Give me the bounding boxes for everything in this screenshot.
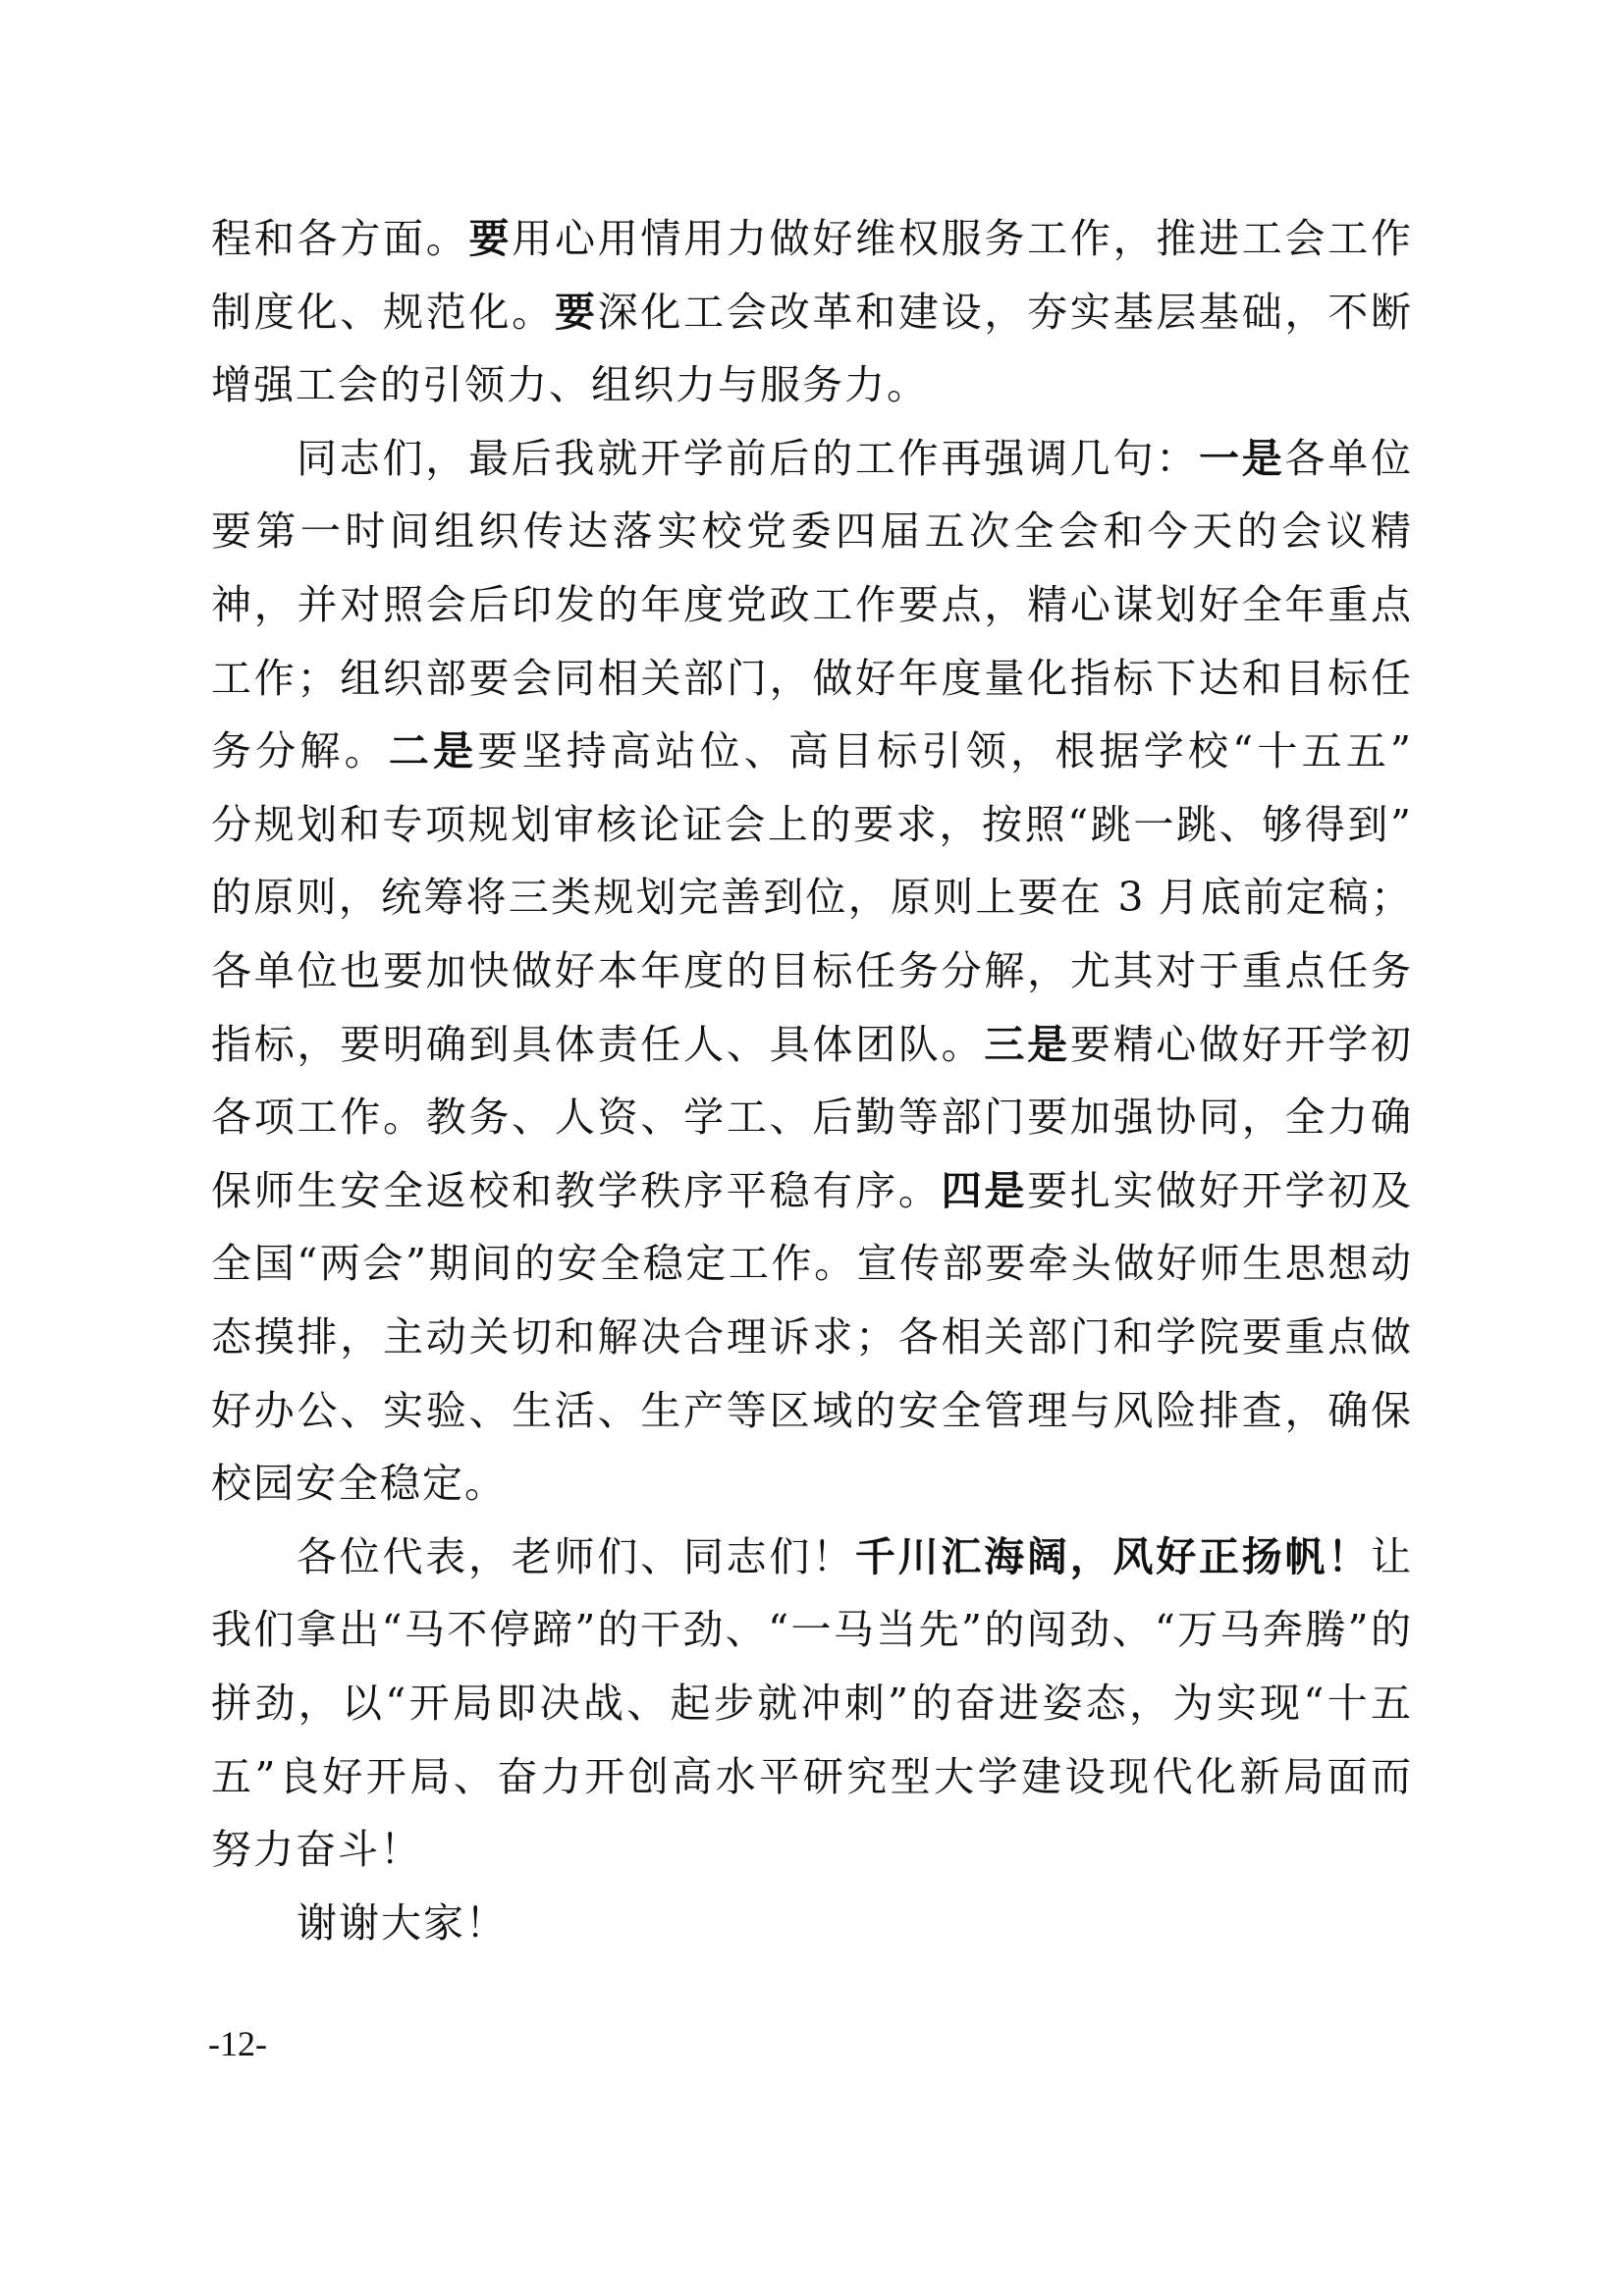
text-run: 各单位 [1285, 435, 1412, 482]
text-line: 增强工会的引领力、组织力与服务力。 [211, 357, 1411, 412]
text-line: 各位代表，老师们、同志们！千川汇海阔，风好正扬帆！让 [297, 1529, 1411, 1584]
text-run: 的原则，统筹将三类规划完善到位，原则上要在 3 月底前定稿； [211, 874, 1411, 921]
text-line: 努力奋斗！ [211, 1822, 1411, 1877]
text-run: 我们拿出“马不停蹄”的干劲、“一马当先”的闯劲、“万马奔腾”的 [211, 1606, 1411, 1653]
text-line: 程和各方面。要用心用情用力做好维权服务工作，推进工会工作 [211, 211, 1411, 266]
emphasis-text: 一是 [1199, 435, 1285, 482]
text-run: 谢谢大家！ [297, 1899, 508, 1947]
text-line: 保师生安全返校和教学秩序平稳有序。四是要扎实做好开学初及 [211, 1163, 1411, 1218]
text-line: 拼劲，以“开局即决战、起步就冲刺”的奋进姿态，为实现“十五 [211, 1676, 1411, 1731]
text-line: 要第一时间组织传达落实校党委四届五次全会和今天的会议精 [211, 504, 1411, 559]
text-run: 校园安全稳定。 [211, 1460, 507, 1507]
text-run: 五”良好开局、奋力开创高水平研究型大学建设现代化新局面而 [211, 1753, 1411, 1800]
emphasis-text: 千川汇海阔，风好正扬帆！ [855, 1533, 1371, 1580]
text-line: 务分解。二是要坚持高站位、高目标引领，根据学校“十五五” [211, 723, 1411, 778]
emphasis-text: 四是 [942, 1167, 1027, 1214]
text-run: 制度化、规范化。 [211, 289, 555, 336]
text-run: 要精心做好开学初 [1070, 1021, 1411, 1068]
text-run: 同志们，最后我就开学前后的工作再强调几句： [297, 435, 1199, 482]
text-run: 全国“两会”期间的安全稳定工作。宣传部要牵头做好师生思想动 [211, 1240, 1411, 1287]
text-line: 全国“两会”期间的安全稳定工作。宣传部要牵头做好师生思想动 [211, 1236, 1411, 1291]
page-number: -12- [208, 2022, 267, 2065]
text-line: 各项工作。教务、人资、学工、后勤等部门要加强协同，全力确 [211, 1090, 1411, 1145]
text-run: 要坚持高站位、高目标引领，根据学校“十五五” [477, 727, 1411, 774]
text-line: 五”良好开局、奋力开创高水平研究型大学建设现代化新局面而 [211, 1749, 1411, 1804]
text-run: 让 [1371, 1533, 1411, 1580]
text-run: 努力奋斗！ [211, 1826, 422, 1873]
text-run: 增强工会的引领力、组织力与服务力。 [211, 361, 929, 408]
text-run: 各项工作。教务、人资、学工、后勤等部门要加强协同，全力确 [211, 1094, 1411, 1141]
text-run: 神，并对照会后印发的年度党政工作要点，精心谋划好全年重点 [211, 581, 1411, 628]
text-run: 工作；组织部要会同相关部门，做好年度量化指标下达和目标任 [211, 655, 1411, 702]
text-run: 各单位也要加快做好本年度的目标任务分解，尤其对于重点任务 [211, 947, 1411, 994]
text-run: 要第一时间组织传达落实校党委四届五次全会和今天的会议精 [211, 507, 1411, 555]
text-run: 各位代表，老师们、同志们！ [297, 1533, 855, 1580]
text-run: 深化工会改革和建设，夯实基层基础，不断 [598, 289, 1411, 336]
text-line: 我们拿出“马不停蹄”的干劲、“一马当先”的闯劲、“万马奔腾”的 [211, 1602, 1411, 1657]
text-line: 同志们，最后我就开学前后的工作再强调几句：一是各单位 [297, 431, 1411, 486]
text-run: 好办公、实验、生活、生产等区域的安全管理与风险排查，确保 [211, 1387, 1411, 1434]
text-line: 各单位也要加快做好本年度的目标任务分解，尤其对于重点任务 [211, 943, 1411, 998]
emphasis-text: 要 [468, 215, 512, 262]
text-run: 用心用情用力做好维权服务工作，推进工会工作 [512, 215, 1411, 262]
text-line: 工作；组织部要会同相关部门，做好年度量化指标下达和目标任 [211, 651, 1411, 706]
text-line: 谢谢大家！ [297, 1896, 1411, 1950]
emphasis-text: 要 [555, 289, 598, 336]
text-run: 务分解。 [211, 727, 389, 774]
text-run: 指标，要明确到具体责任人、具体团队。 [211, 1021, 984, 1068]
document-page: 程和各方面。要用心用情用力做好维权服务工作，推进工会工作制度化、规范化。要深化工… [0, 0, 1624, 2296]
text-line: 分规划和专项规划审核论证会上的要求，按照“跳一跳、够得到” [211, 797, 1411, 852]
text-line: 神，并对照会后印发的年度党政工作要点，精心谋划好全年重点 [211, 577, 1411, 632]
text-line: 的原则，统筹将三类规划完善到位，原则上要在 3 月底前定稿； [211, 870, 1411, 925]
text-run: 拼劲，以“开局即决战、起步就冲刺”的奋进姿态，为实现“十五 [211, 1680, 1411, 1727]
text-line: 好办公、实验、生活、生产等区域的安全管理与风险排查，确保 [211, 1383, 1411, 1438]
text-run: 程和各方面。 [211, 215, 468, 262]
emphasis-text: 三是 [984, 1021, 1069, 1068]
text-line: 制度化、规范化。要深化工会改革和建设，夯实基层基础，不断 [211, 285, 1411, 340]
text-line: 态摸排，主动关切和解决合理诉求；各相关部门和学院要重点做 [211, 1309, 1411, 1364]
emphasis-text: 二是 [389, 727, 477, 774]
text-line: 指标，要明确到具体责任人、具体团队。三是要精心做好开学初 [211, 1017, 1411, 1072]
text-run: 要扎实做好开学初及 [1027, 1167, 1411, 1214]
text-run: 保师生安全返校和教学秩序平稳有序。 [211, 1167, 942, 1214]
text-run: 态摸排，主动关切和解决合理诉求；各相关部门和学院要重点做 [211, 1313, 1411, 1361]
text-run: 分规划和专项规划审核论证会上的要求，按照“跳一跳、够得到” [211, 801, 1411, 848]
text-line: 校园安全稳定。 [211, 1456, 1411, 1511]
